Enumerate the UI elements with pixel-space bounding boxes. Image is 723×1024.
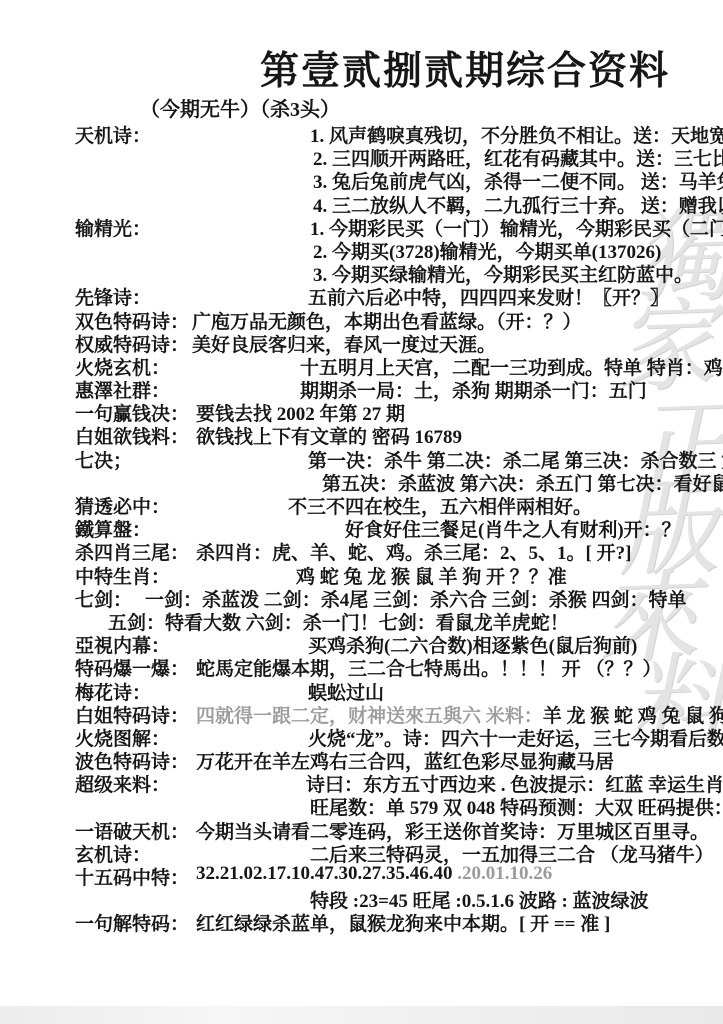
text-segment: 32.21.02.17.10.47.30.27.35.46.40 [196,863,457,884]
doc-line: 输精光：1. 今期彩民买（一门）输精光，今期彩民买（二门，四门）中 [0,214,723,237]
doc-line: 天机诗：1. 风声鹤唳真残切，不分胜负不相让。送：天地宽雄粗 [0,121,723,144]
doc-line: 4. 三二放纵人不羁，二九孤行三十弃。 送：赠我以状元 [0,191,723,214]
doc-line: 白姐特码诗：四就得一跟二定，财神送來五與六 米料：羊 龙 猴 蛇 鸡 兔 鼠 狗… [0,701,723,724]
document-page: 獨家正版來料 第壹贰捌贰期综合资料 （今期无牛）（杀3头） 天机诗：1. 风声鹤… [0,0,723,1024]
doc-line: 一语破天机：今期当头请看二零连码，彩王送你首奖诗：万里城区百里寻。 [0,817,723,840]
doc-line: 2. 三四顺开两路旺，红花有码藏其中。送：三七比严光 [0,144,723,167]
doc-line: 特码爆一爆：蛇馬定能爆本期，三二合七特馬出。！！！ 开 （？？） [0,654,723,677]
doc-line: 十五码中特：32.21.02.17.10.47.30.27.35.46.40 .… [0,863,723,886]
doc-line: 特段 :23=45 旺尾 :0.5.1.6 波路 : 蓝波绿波 [0,886,723,909]
doc-line: 亞視内幕：买鸡杀狗(二六合数)相逐紫色(鼠后狗前) [0,631,723,654]
subtitle-note: （今期无牛）（杀3头） [140,93,340,122]
doc-line: 波色特码诗：万花开在羊左鸡右三合四，蓝红色彩尽显狗藏马居 [0,747,723,770]
faded-text-segment: .20.01.10.26 [457,863,552,884]
doc-line: 超级来料：诗曰：东方五寸西边来 . 色波提示：红蓝 幸运生肖：猴马龙 [0,770,723,793]
doc-line: 中特生肖：鸡 蛇 兔 龙 猴 鼠 羊 狗 开 ？？准 [0,562,723,585]
doc-line: 权威特码诗：美好良辰客归来，春风一度过天涯。 [0,330,723,353]
document-body: 天机诗：1. 风声鹤唳真残切，不分胜负不相让。送：天地宽雄粗2. 三四顺开两路旺… [0,121,723,933]
doc-line: 先锋诗：五前六后必中特，四四四来发财！〖开？〗 [0,283,723,306]
doc-line: 一句赢钱决：要钱去找 2002 年第 27 期 [0,399,723,422]
doc-line: 杀四肖三尾：杀四肖：虎、羊、蛇、鸡。杀三尾：2、5、1。[ 开?] [0,538,723,561]
doc-line: 白姐欲钱料：欲钱找上下有文章的 密码 16789 [0,422,723,445]
row-content: 红红绿绿杀蓝单，鼠猴龙狗来中本期。[ 开 == 准 ] [196,909,610,936]
doc-line: 火烧图解：火烧“龙”。诗：四六十一走好运，三七今期看后数 [0,724,723,747]
row-label: 一句解特码： [75,909,189,936]
doc-line: 鐵算盤：好食好住三餐足(肖牛之人有财利)开：？ [0,515,723,538]
doc-line: 一句解特码：红红绿绿杀蓝单，鼠猴龙狗来中本期。[ 开 == 准 ] [0,909,723,932]
doc-line: 惠澤社群：期期杀一局：土，杀狗 期期杀一门：五门 [0,376,723,399]
doc-line: 2. 今期买(3728)输精光，今期买单(137026) [0,237,723,260]
doc-line: 3. 今期买绿输精光，今期彩民买主红防蓝中。 [0,260,723,283]
doc-line: 第五决：杀蓝波 第六决：杀五门 第七决：看好鼠龙蛇猴鶏狗猪 [0,469,723,492]
page-title: 第壹贰捌贰期综合资料 [260,40,670,96]
doc-line: 梅花诗：蜈蚣过山 [0,678,723,701]
scan-edge-strip [0,1006,723,1024]
doc-line: 3. 兔后兔前虎气凶，杀得一二便不同。 送：马羊兔鼠狗 [0,167,723,190]
doc-line: 火烧玄机：十五明月上天宫，二配一三功到成。特单 特肖：鸡龙蛇狗猴鼠 [0,353,723,376]
doc-line: 七决；第一决：杀牛 第二决：杀二尾 第三决：杀合数三 第四决：看绿波 [0,446,723,469]
doc-line: 七剑：一剑：杀蓝泼 二剑：杀4尾 三剑：杀六合 三剑：杀猴 四剑：特单 [0,585,723,608]
doc-line: 猜透必中：不三不四在校生，五六相伴兩相好。 [0,492,723,515]
doc-line: 五剑：特看大数 六剑：杀一门！七剑：看鼠龙羊虎蛇！ [0,608,723,631]
doc-line: 旺尾数：单 579 双 048 特码预测：大双 旺码提供：36 46 48 [0,793,723,816]
row-content: 32.21.02.17.10.47.30.27.35.46.40 .20.01.… [196,863,552,885]
doc-line: 双色特码诗：广庖万品无颜色，本期出色看蓝绿。（开：？） [0,307,723,330]
doc-line: 玄机诗：二后来三特码灵，一五加得三二合 （龙马猪牛） [0,840,723,863]
